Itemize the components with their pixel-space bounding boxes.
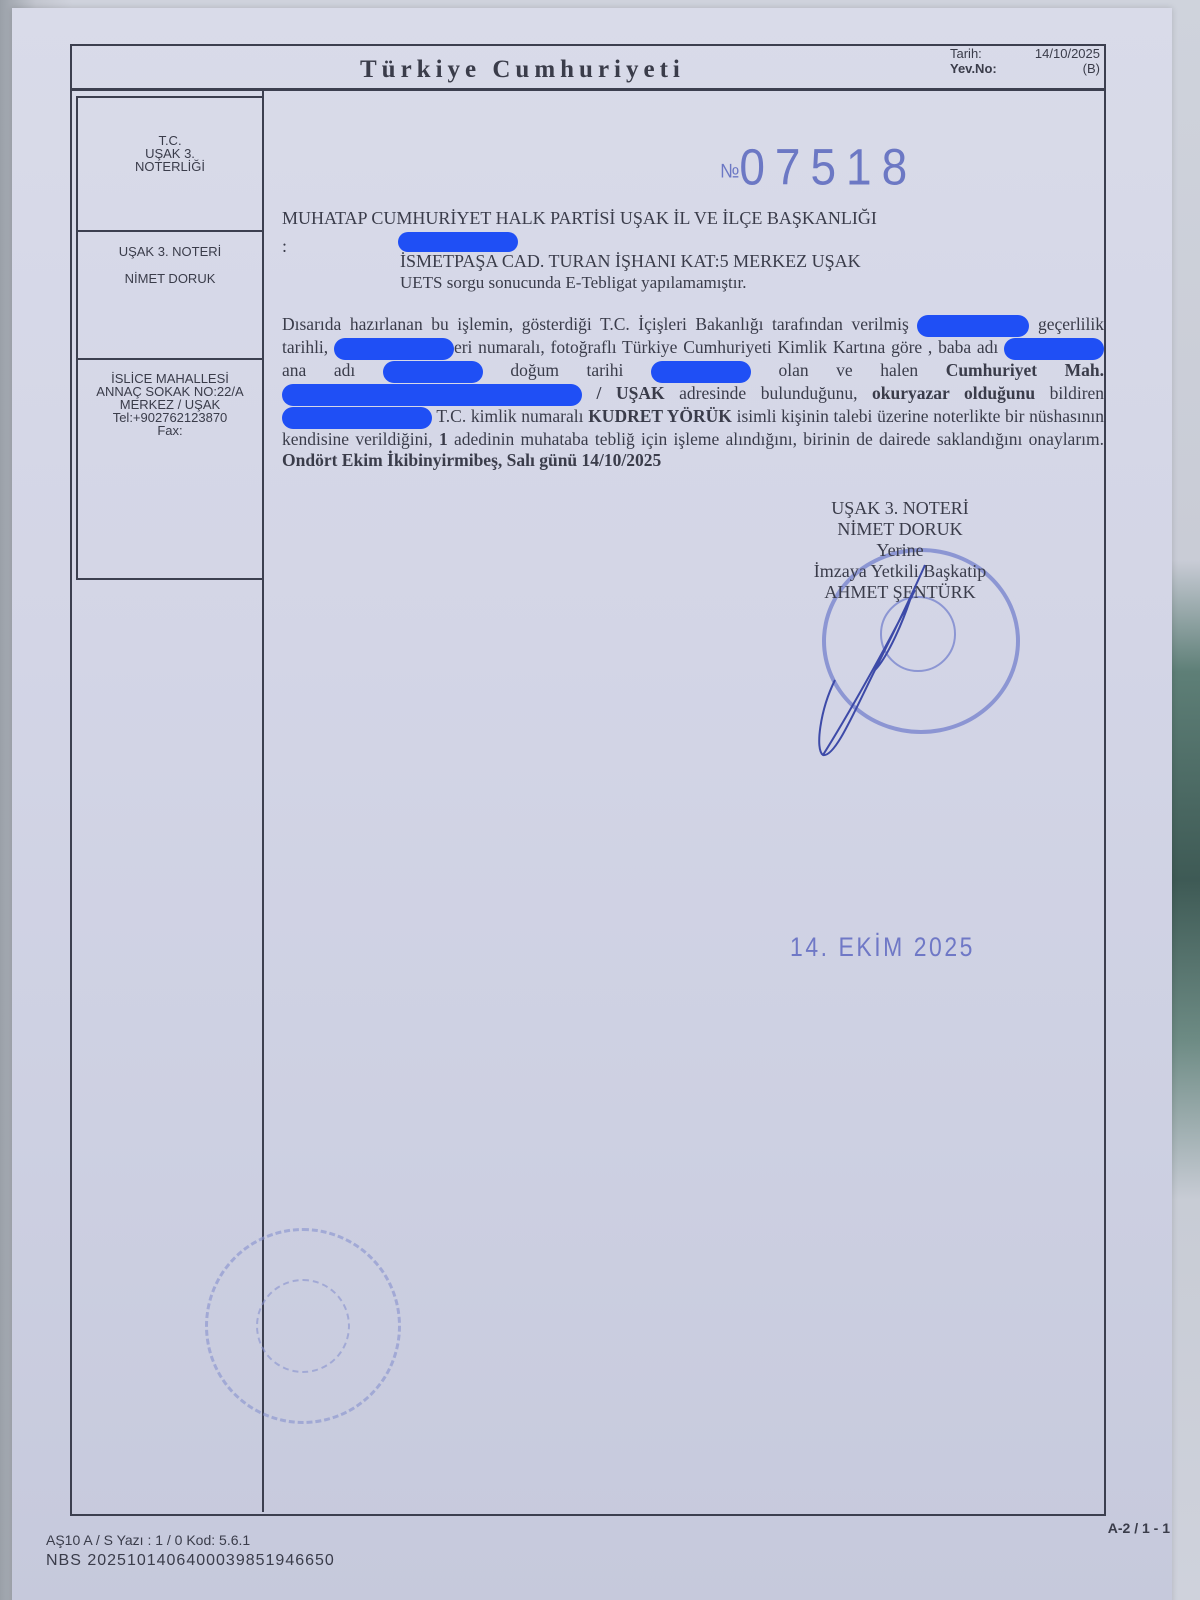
tarih-value: 14/10/2025 [1035,46,1100,61]
body-text: eri numaralı, fotoğraflı Türkiye Cumhuri… [454,337,772,357]
signer-line-3: Yerine [780,540,1020,561]
date-stamp: 14. EKİM 2025 [790,932,975,963]
body-text: doğum tarihi [510,360,623,380]
form-code: AŞ10 A / S Yazı : 1 / 0 Kod: 5.6.1 [46,1532,250,1548]
notary-name: NİMET DORUK [78,271,262,286]
body-text: bulunduğunu, [761,383,858,403]
redaction-mark [383,361,483,383]
certification-date: Ondört Ekim İkibinyirmibeş, Salı günü 14… [282,450,661,470]
redaction-mark [398,232,518,252]
address-section: İSLİCE MAHALLESİ ANNAÇ SOKAK NO:22/A MER… [78,360,262,578]
body-text: bildiren [1050,383,1104,403]
office-section: T.C. UŞAK 3. NOTERLİĞİ [78,98,262,232]
redaction-mark [651,361,751,383]
redaction-mark [282,407,432,429]
signer-line-1: UŞAK 3. NOTERİ [780,498,1020,519]
copy-count: 1 [439,429,448,449]
handwritten-signature-icon [815,560,955,760]
body-text: Kimlik Kartına göre , baba adı [777,337,998,357]
body-text-bold: Cumhuriyet Mah. [946,360,1104,380]
body-text: ana adı [282,360,355,380]
serial-number: 07518 [739,138,917,195]
redaction-mark [334,338,454,360]
requester-name: KUDRET YÖRÜK [588,406,732,426]
notary-section: UŞAK 3. NOTERİ NİMET DORUK [78,232,262,360]
faded-seal-stamp [205,1228,401,1424]
office-line-3: NOTERLİĞİ [78,160,262,173]
notary-title: UŞAK 3. NOTERİ [78,244,262,259]
body-text-bold: / UŞAK [597,383,665,403]
body-text-bold: okuryazar olduğunu [872,383,1035,403]
recipient-address: İSMETPAŞA CAD. TURAN İŞHANI KAT:5 MERKEZ… [400,250,861,272]
redaction-mark [917,315,1029,337]
body-text: Dısarıda hazırlanan bu işlemin, gösterdi… [282,314,909,334]
body-text: T.C. kimlik numaralı [436,406,583,426]
yevno-label: Yev.No: [950,61,997,76]
date-block: Tarih:14/10/2025 Yev.No:(B) [950,46,1100,76]
notary-info-box: T.C. UŞAK 3. NOTERLİĞİ UŞAK 3. NOTERİ Nİ… [76,96,264,580]
recipient-colon: : [282,236,287,257]
recipient-line: MUHATAP CUMHURİYET HALK PARTİSİ UŞAK İL … [282,208,877,229]
body-text: adedinin muhataba tebliğ için işleme alı… [454,429,931,449]
page-code: A-2 / 1 - 1 [1108,1520,1170,1536]
body-text: adresinde [679,383,746,403]
serial-number-stamp: №07518 [720,137,917,196]
yevno-value: (B) [1083,61,1100,76]
redaction-mark [1004,338,1104,360]
body-text: verildiğini, [355,429,432,449]
signer-line-2: NİMET DORUK [780,519,1020,540]
document-title: Türkiye Cumhuriyeti [360,56,685,84]
faded-seal-inner [256,1279,350,1373]
tarih-label: Tarih: [950,46,982,61]
body-text: olan ve halen [779,360,919,380]
body-text: saklandığını onaylarım. [937,429,1104,449]
recipient-address-block: İSMETPAŞA CAD. TURAN İŞHANI KAT:5 MERKEZ… [400,250,861,294]
number-sign: № [720,160,739,182]
fax: Fax: [78,424,262,437]
body-paragraph: Dısarıda hazırlanan bu işlemin, gösterdi… [282,314,1104,472]
uets-note: UETS sorgu sonucunda E-Tebligat yapılama… [400,272,861,294]
redaction-mark [282,384,582,406]
nbs-number: NBS 20251014064000398519466​50 [46,1552,335,1570]
